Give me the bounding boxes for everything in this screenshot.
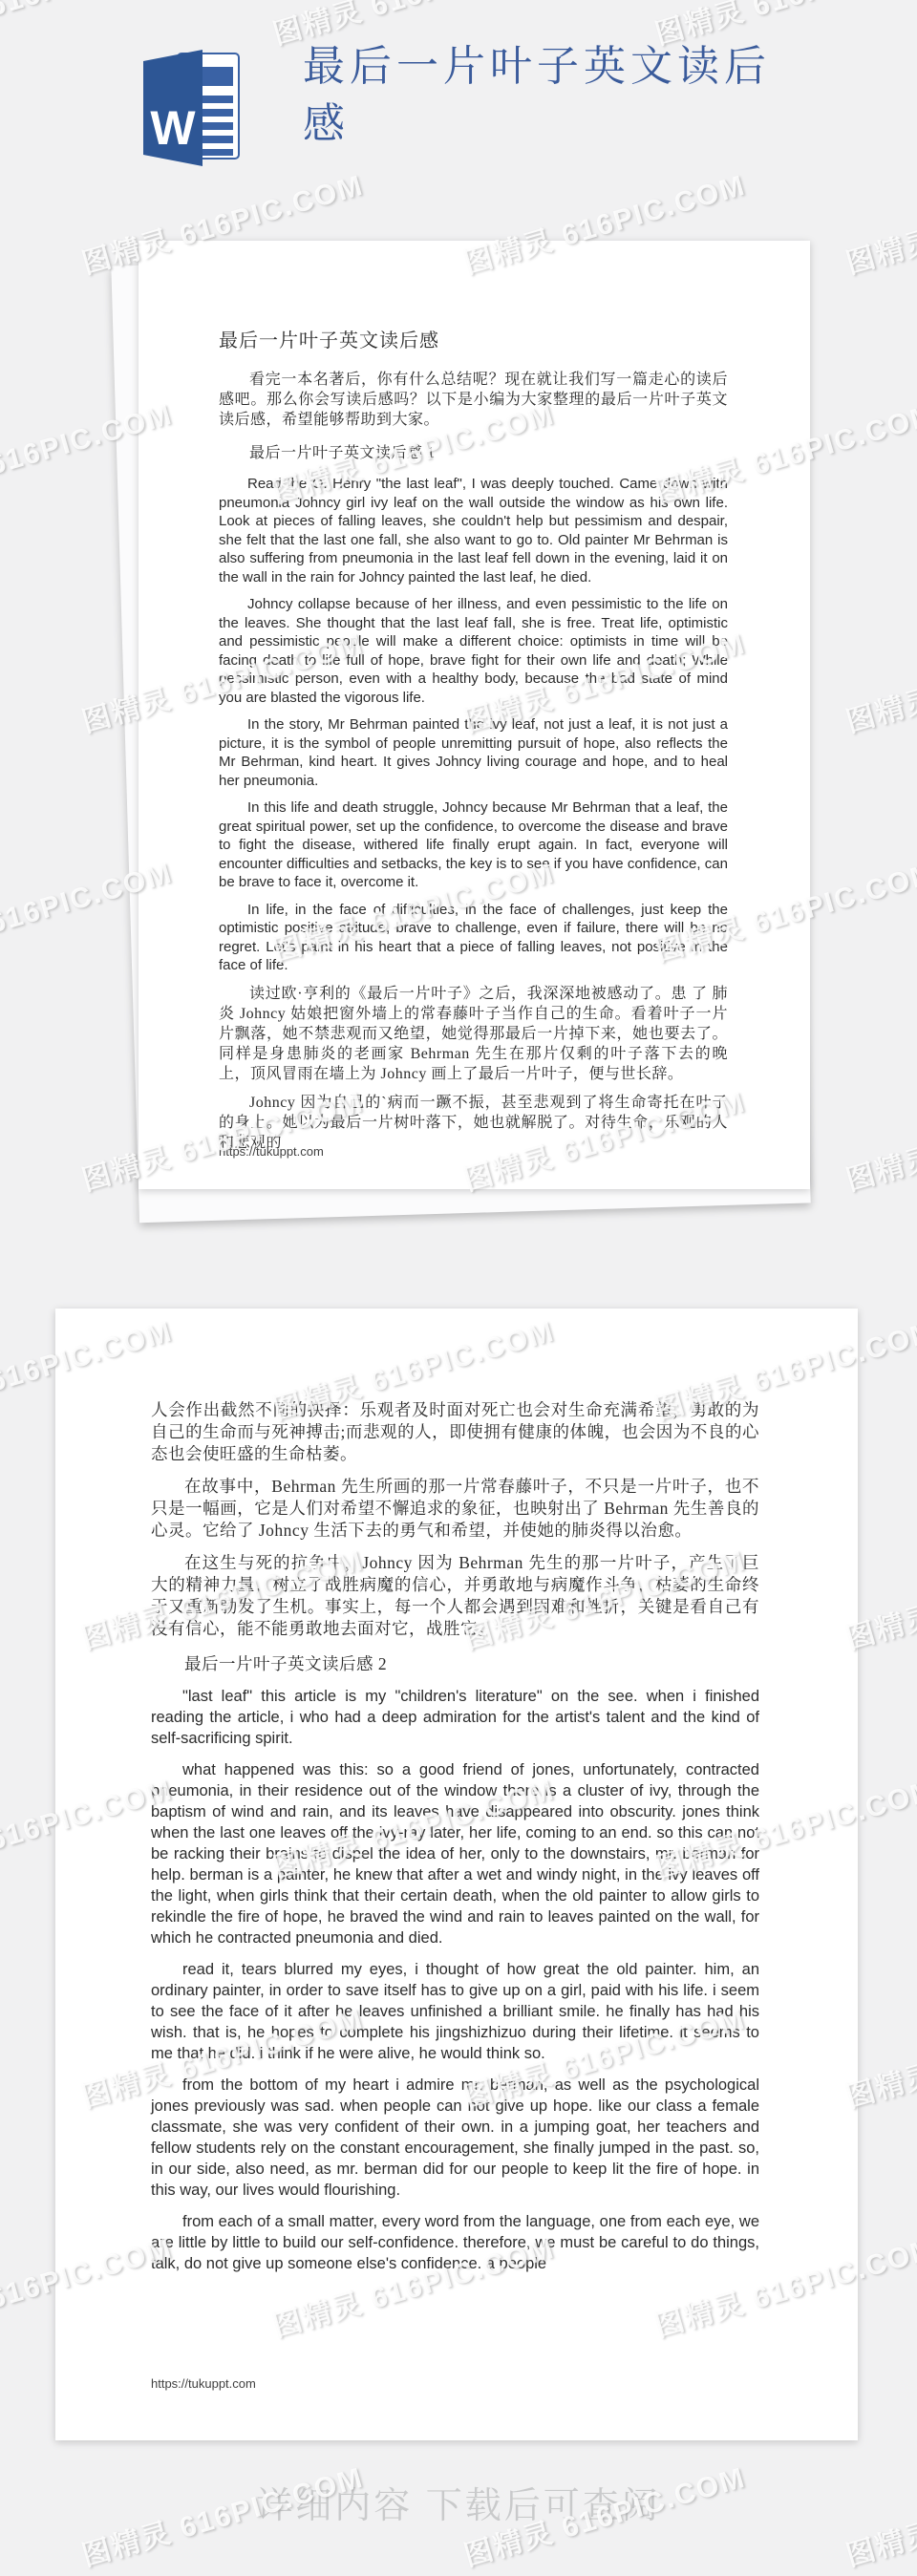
watermark-text: 图精灵 616PIC.COM [841, 620, 917, 740]
paragraph: In the story, Mr Behrman painted the ivy… [219, 715, 728, 790]
paragraph: 人会作出截然不同的抉择：乐观者及时面对死亡也会对生命充满希望，勇敢的为自己的生命… [151, 1399, 759, 1465]
page-title: 最后一片叶子英文读后感 [303, 38, 798, 153]
doc-page-1: 最后一片叶子英文读后感 看完一本名著后，你有什么总结呢？现在就让我们写一篇走心的… [139, 241, 810, 1189]
doc-title: 最后一片叶子英文读后感 [219, 325, 728, 352]
tukuppt-link[interactable]: https://tukuppt.com [219, 1144, 324, 1159]
doc-page-2-body: 人会作出截然不同的抉择：乐观者及时面对死亡也会对生命充满希望，勇敢的为自己的生命… [151, 1399, 759, 2274]
watermark-text: 图精灵 616PIC.COM [0, 0, 177, 53]
word-file-icon: W [143, 46, 243, 166]
paragraph: 在故事中，Behrman 先生所画的那一片常春藤叶子，不只是一片叶子，也不只是一… [151, 1476, 759, 1542]
section-heading: 最后一片叶子英文读后感 1 [219, 443, 728, 463]
paragraph: 在这生与死的抗争中，Johncy 因为 Behrman 先生的那一片叶子，产生了… [151, 1552, 759, 1640]
watermark-text: 图精灵 616PIC.COM [841, 161, 917, 282]
doc-page-1-body: 看完一本名著后，你有什么总结呢？现在就让我们写一篇走心的读后感吧。那么你会写读后… [219, 370, 728, 1153]
section-heading: 最后一片叶子英文读后感 2 [151, 1653, 759, 1675]
watermark-text: 图精灵 616PIC.COM [841, 1078, 917, 1199]
paragraph: Read the O. Henry "the last leaf", I was… [219, 475, 728, 586]
document-preview-page: W 最后一片叶子英文读后感 最后一片叶子英文读后感 看完一本名著后，你有什么总结… [0, 0, 917, 2576]
paragraph: from the bottom of my heart i admire mr.… [151, 2075, 759, 2201]
tukuppt-link[interactable]: https://tukuppt.com [151, 2376, 256, 2391]
svg-text:W: W [150, 101, 196, 155]
paragraph: 读过欧·亨利的《最后一片叶子》之后，我深深地被感动了。患 了 肺炎 Johncy… [219, 984, 728, 1084]
doc-page-2: 人会作出截然不同的抉择：乐观者及时面对死亡也会对生命充满希望，勇敢的为自己的生命… [55, 1309, 858, 2440]
paragraph: "last leaf" this article is my "children… [151, 1686, 759, 1749]
paragraph: In life, in the face of difficulties, in… [219, 901, 728, 975]
paragraph: from each of a small matter, every word … [151, 2211, 759, 2274]
paragraph: In this life and death struggle, Johncy … [219, 798, 728, 892]
paragraph: Johncy collapse because of her illness, … [219, 595, 728, 707]
bottom-note: 详细内容 下载后可查阅 [0, 2476, 917, 2528]
paragraph: 看完一本名著后，你有什么总结呢？现在就让我们写一篇走心的读后感吧。那么你会写读后… [219, 370, 728, 430]
paragraph: read it, tears blurred my eyes, i though… [151, 1959, 759, 2064]
paragraph: what happened was this: so a good friend… [151, 1759, 759, 1948]
